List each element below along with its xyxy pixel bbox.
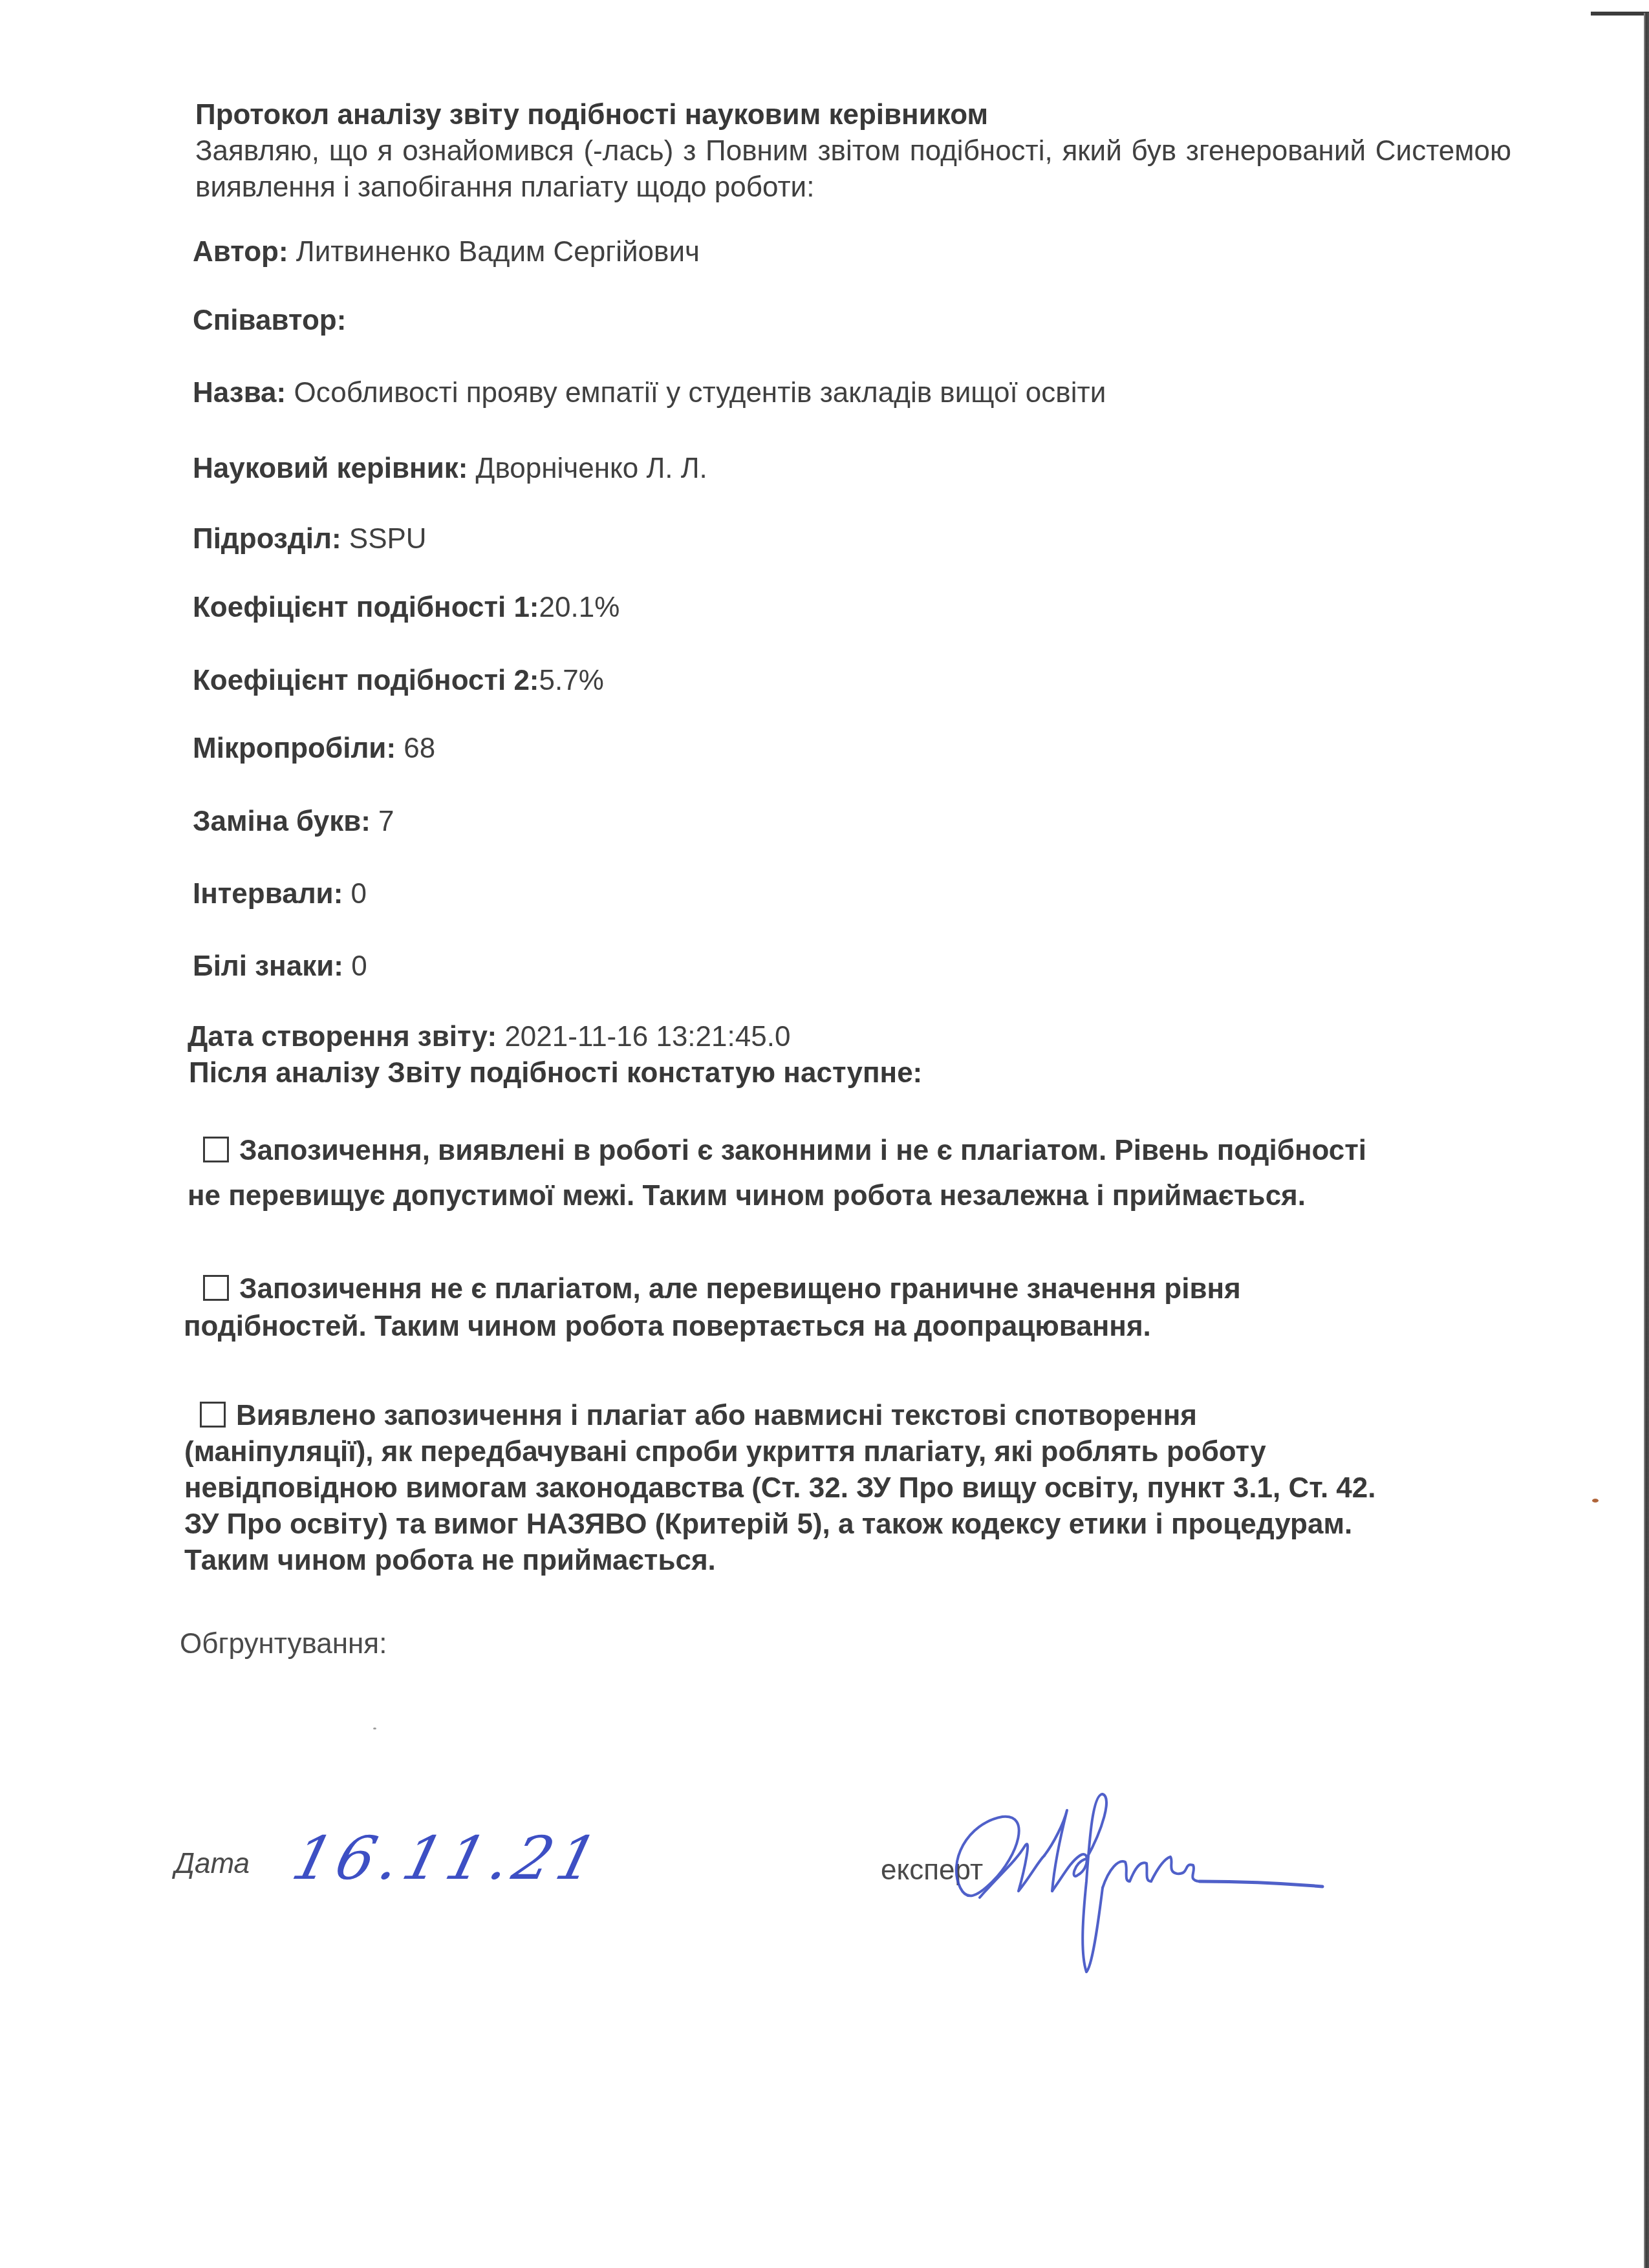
field-author: Автор: Литвиненко Вадим Сергійович bbox=[193, 234, 700, 270]
field-value: SSPU bbox=[349, 523, 427, 555]
field-value: 20.1% bbox=[539, 592, 620, 623]
option-line: подібностей. Таким чином робота повертає… bbox=[184, 1309, 1507, 1345]
field-letter-substitution: Заміна букв: 7 bbox=[193, 804, 394, 840]
checkbox-returned-for-revision[interactable] bbox=[203, 1275, 229, 1301]
option-rejected: Виявлено запозичення і плагіат або навми… bbox=[184, 1398, 1503, 1579]
field-intervals: Інтервали: 0 bbox=[193, 876, 367, 912]
option-line: Запозичення не є плагіатом, але перевище… bbox=[188, 1271, 1507, 1307]
field-value: Дворніченко Л. Л. bbox=[476, 453, 707, 484]
scan-speck bbox=[1592, 1499, 1599, 1503]
field-label: Білі знаки: bbox=[193, 950, 343, 982]
field-label: Мікропробіли: bbox=[193, 733, 396, 764]
document-title: Протокол аналізу звіту подібності науков… bbox=[195, 97, 988, 133]
field-value: Особливості прояву емпатії у студентів з… bbox=[294, 377, 1106, 409]
field-label: Автор: bbox=[193, 236, 288, 268]
checkbox-accepted[interactable] bbox=[203, 1137, 229, 1162]
field-label: Назва: bbox=[193, 377, 286, 409]
scan-speck bbox=[373, 1728, 376, 1729]
date-label: Дата bbox=[175, 1846, 250, 1882]
option-line: (маніпуляції), як передбачувані спроби у… bbox=[184, 1434, 1503, 1470]
field-value: 2021-11-16 13:21:45.0 bbox=[504, 1021, 790, 1053]
field-label: Підрозділ: bbox=[193, 523, 341, 555]
field-similarity-coef-1: Коефіцієнт подібності 1:20.1% bbox=[193, 590, 620, 626]
field-value: 68 bbox=[404, 733, 435, 764]
field-label: Інтервали: bbox=[193, 878, 343, 910]
field-coauthor: Співавтор: bbox=[193, 303, 346, 339]
option-line: не перевищує допустимої межі. Таким чино… bbox=[188, 1178, 1507, 1214]
field-white-signs: Білі знаки: 0 bbox=[193, 948, 367, 985]
field-label: Коефіцієнт подібності 2: bbox=[193, 665, 539, 696]
field-supervisor: Науковий керівник: Дворніченко Л. Л. bbox=[193, 451, 707, 487]
field-value: 7 bbox=[378, 806, 394, 837]
signature-icon bbox=[941, 1784, 1394, 1978]
field-label: Науковий керівник: bbox=[193, 453, 468, 484]
field-label: Співавтор: bbox=[193, 305, 346, 336]
field-value: 0 bbox=[351, 950, 367, 982]
conclusion-heading: Після аналізу Звіту подібності констатую… bbox=[189, 1055, 922, 1091]
option-line: Таким чином робота не приймається. bbox=[184, 1543, 1503, 1579]
field-label: Дата створення звіту: bbox=[188, 1021, 497, 1053]
field-label: Коефіцієнт подібності 1: bbox=[193, 592, 539, 623]
handwritten-date: 16.11.21 bbox=[286, 1826, 609, 1891]
field-similarity-coef-2: Коефіцієнт подібності 2:5.7% bbox=[193, 663, 604, 699]
scan-edge-top bbox=[1591, 12, 1649, 16]
field-label: Заміна букв: bbox=[193, 806, 371, 837]
field-micro-spaces: Мікропробіли: 68 bbox=[193, 731, 435, 767]
field-department: Підрозділ: SSPU bbox=[193, 521, 427, 557]
field-report-date: Дата створення звіту: 2021-11-16 13:21:4… bbox=[188, 1019, 790, 1055]
field-value: 5.7% bbox=[539, 665, 604, 696]
field-work-title: Назва: Особливості прояву емпатії у студ… bbox=[193, 375, 1106, 411]
option-returned-for-revision: Запозичення не є плагіатом, але перевище… bbox=[188, 1271, 1507, 1345]
justification-label: Обгрунтування: bbox=[180, 1626, 387, 1662]
checkbox-rejected[interactable] bbox=[200, 1402, 226, 1428]
intro-paragraph: Заявляю, що я ознайомився (-лась) з Повн… bbox=[195, 133, 1511, 206]
option-line: невідповідною вимогам законодавства (Ст.… bbox=[184, 1470, 1503, 1506]
field-value: Литвиненко Вадим Сергійович bbox=[296, 236, 700, 268]
option-line: ЗУ Про освіту) та вимог НАЗЯВО (Критерій… bbox=[184, 1506, 1503, 1543]
scan-edge-right bbox=[1644, 13, 1649, 2268]
option-line: Запозичення, виявлені в роботі є законни… bbox=[188, 1133, 1507, 1169]
field-value: 0 bbox=[351, 878, 367, 910]
option-line: Виявлено запозичення і плагіат або навми… bbox=[184, 1398, 1503, 1434]
option-accepted: Запозичення, виявлені в роботі є законни… bbox=[188, 1133, 1507, 1214]
scanned-document-page: Протокол аналізу звіту подібності науков… bbox=[0, 0, 1649, 2268]
